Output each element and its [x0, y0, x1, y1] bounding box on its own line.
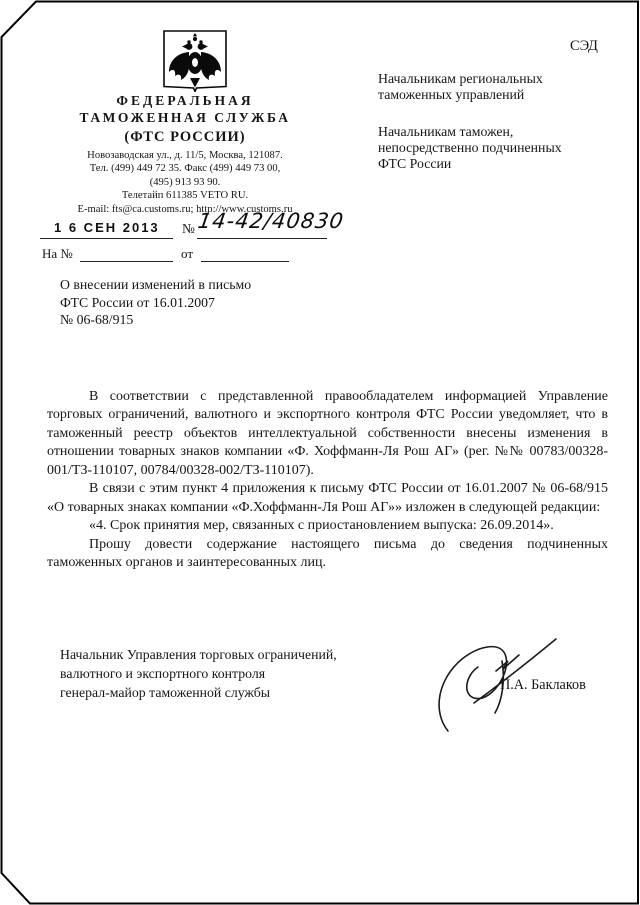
incoming-ref-fill-line: [80, 261, 173, 262]
coat-of-arms-icon: [163, 30, 227, 92]
signer-position-line: генерал-майор таможенной службы: [60, 683, 337, 702]
recipient-line: ФТС России: [378, 156, 608, 172]
recipient-line: непосредственно подчиненных: [378, 140, 608, 156]
date-fill-line: [40, 238, 173, 239]
body-paragraph: В связи с этим пункт 4 приложения к пись…: [47, 480, 608, 517]
incoming-ref-label: На №: [42, 246, 73, 262]
body-paragraph: В соответствии с представленной правообл…: [47, 388, 608, 480]
letter-body: В соответствии с представленной правообл…: [47, 388, 608, 573]
date-stamp: 1 6 СЕН 2013: [54, 220, 160, 235]
signer-position-line: Начальник Управления торговых ограничени…: [60, 645, 337, 664]
body-paragraph: «4. Срок принятия мер, связанных с приос…: [47, 517, 608, 535]
signer-name: П.А. Баклаков: [500, 677, 586, 694]
outgoing-number-handwritten: 14-42/40830: [196, 209, 345, 233]
signer-position-line: валютного и экспортного контроля: [60, 664, 337, 683]
subject-line: О внесении изменений в письмо: [60, 276, 350, 294]
org-address-block: Новозаводская ул., д. 11/5, Москва, 1210…: [25, 149, 345, 216]
org-name-line1: ФЕДЕРАЛЬНАЯ: [25, 93, 345, 109]
from-date-fill-line: [201, 261, 289, 262]
subject-line: № 06-68/915: [60, 311, 350, 329]
subject-block: О внесении изменений в письмо ФТС России…: [60, 276, 350, 329]
recipient-block-regional: Начальникам региональных таможенных упра…: [378, 71, 608, 103]
number-sign-label: №: [182, 221, 195, 237]
signer-position-block: Начальник Управления торговых ограничени…: [60, 645, 337, 703]
address-line: (495) 913 93 90.: [25, 176, 345, 189]
recipient-line: Начальникам таможен,: [378, 124, 608, 140]
address-line: Новозаводская ул., д. 11/5, Москва, 1210…: [25, 149, 345, 162]
org-name-line2: ТАМОЖЕННАЯ СЛУЖБА: [25, 110, 345, 126]
recipient-line: Начальникам региональных: [378, 71, 608, 87]
org-abbreviation: (ФТС РОССИИ): [25, 129, 345, 146]
recipient-block-customs: Начальникам таможен, непосредственно под…: [378, 124, 608, 172]
subject-line: ФТС России от 16.01.2007: [60, 294, 350, 312]
body-paragraph: Прошу довести содержание настоящего пись…: [47, 536, 608, 573]
recipient-line: таможенных управлений: [378, 87, 608, 103]
address-line: Телетайп 611385 VETO RU.: [25, 189, 345, 202]
sed-label: СЭД: [570, 38, 598, 55]
scanned-letter-page: ФЕДЕРАЛЬНАЯ ТАМОЖЕННАЯ СЛУЖБА (ФТС РОССИ…: [0, 0, 640, 905]
from-date-label: от: [181, 246, 193, 262]
number-fill-line: [197, 238, 327, 239]
address-line: Тел. (499) 449 72 35. Факс (499) 449 73 …: [25, 162, 345, 175]
